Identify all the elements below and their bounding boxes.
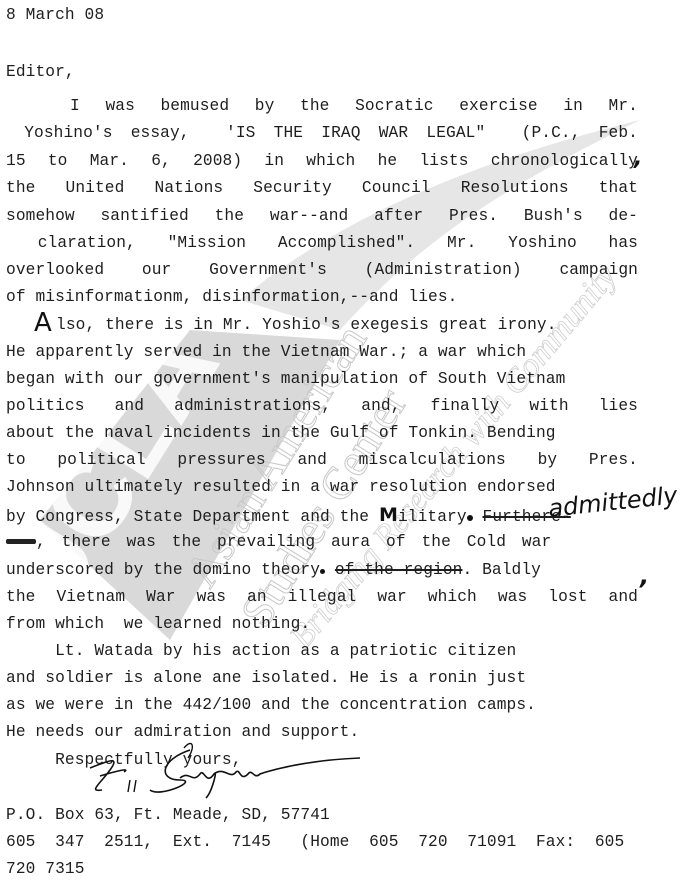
handwritten-comma: , (640, 562, 649, 590)
paragraph-3-line: He needs our admiration and support. (6, 722, 638, 742)
paragraph-2-line: began with our government's manipulation… (6, 369, 638, 389)
paragraph-2-line: Johnson ultimately resulted in a war res… (6, 477, 638, 497)
paragraph-2-line: to political pressures and miscalculatio… (6, 450, 638, 470)
signature: Eiji Suyama (80, 740, 380, 800)
paragraph-2-line: from which we learned nothing. (6, 614, 638, 634)
address: P.O. Box 63, Ft. Meade, SD, 57741 (6, 805, 638, 825)
paragraph-1-line: 15 to Mar. 6, 2008) in which he lists ch… (6, 151, 638, 171)
paragraph-1-line: of misinformationm, disinformation,--and… (6, 287, 638, 307)
handwritten-period (467, 515, 473, 521)
text-segment: underscored by the domino theory (6, 561, 320, 579)
handwritten-capital-a: A (34, 308, 52, 338)
phone-line: 720 7315 (6, 859, 638, 879)
paragraph-1-line: somehow santified the war--and after Pre… (6, 206, 638, 226)
paragraph-2-line: underscored by the domino theory of the … (6, 560, 638, 580)
text-segment: . Baldly (462, 561, 541, 579)
text-segment: by Congress, State Department and the (6, 508, 369, 526)
paragraph-2-line: about the naval incidents in the Gulf of… (6, 423, 638, 443)
paragraph-1-line: claration, "Mission Accomplished". Mr. Y… (6, 233, 638, 253)
paragraph-2-line: the Vietnam War was an illegal war which… (6, 587, 638, 607)
salutation: Editor, (6, 62, 638, 82)
paragraph-3-line: as we were in the 442/100 and the concen… (6, 695, 638, 715)
handwritten-period (320, 569, 325, 574)
paragraph-1-line: I was bemused by the Socratic exercise i… (6, 96, 638, 116)
paragraph-1-line: Yoshino's essay, 'IS THE IRAQ WAR LEGAL"… (6, 123, 638, 143)
paragraph-3-line: and soldier is alone ane isolated. He is… (6, 668, 638, 688)
paragraph-1-line: overlooked our Government's (Administrat… (6, 260, 638, 280)
paragraph-2-line: , there was the prevailing aura of the C… (6, 532, 638, 552)
phone-line: 605 347 2511, Ext. 7145 (Home 605 720 71… (6, 832, 638, 852)
paragraph-3-line: Lt. Watada by his action as a patriotic … (6, 641, 638, 661)
struck-scribble (6, 539, 36, 544)
paragraph-2-line: lso, there is in Mr. Yoshio's exegesis g… (56, 315, 638, 335)
paragraph-1-line: the United Nations Security Council Reso… (6, 178, 638, 198)
text-segment: , there was the prevailing aura of the C… (36, 533, 551, 551)
text-segment: ilitary (398, 508, 467, 526)
paragraph-2-line: politics and administrations, and, final… (6, 396, 638, 416)
handwritten-comma: , (634, 146, 642, 171)
handwritten-capital-m: M (379, 504, 398, 526)
paragraph-2-line-military: by Congress, State Department and the Mi… (6, 505, 638, 527)
letter-date: 8 March 08 (6, 5, 638, 25)
paragraph-2-line: He apparently served in the Vietnam War.… (6, 342, 638, 362)
struck-phrase: of the region (335, 561, 463, 579)
